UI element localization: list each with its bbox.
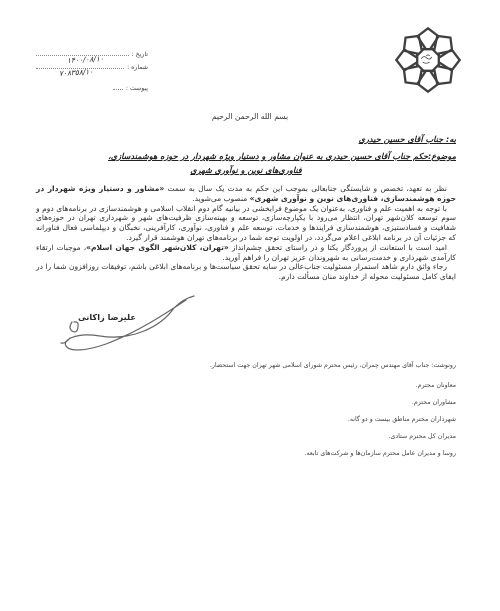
signatory-name: علیرضا زاکانی — [78, 312, 136, 322]
cc-block: رونوشت: جناب آقای مهندس چمران، رئیس محتر… — [36, 362, 456, 467]
paragraph-1: نظر به تعهد، تخصص و شایستگی جنابعالی بمو… — [36, 184, 456, 204]
attachment-label: پیوست : — [126, 85, 148, 93]
signature-scrawl-icon — [28, 294, 198, 364]
subject-line-2: فناوری‌های نوین و نوآوری شهری — [36, 165, 456, 175]
cc-line: رونوشت: جناب آقای مهندس چمران، رئیس محتر… — [36, 362, 456, 369]
paragraph-4: رجاء واثق دارم شاهد استمرار مسئولیت جناب… — [36, 262, 456, 282]
p1-text-end: منصوب می‌شوید. — [192, 194, 249, 203]
cc-line: مشاوران محترم. — [36, 399, 456, 406]
tehran-municipality-logo-icon — [392, 24, 464, 96]
number-row: شماره : ۷۰۸۳۵۸/۱۰ — [33, 59, 148, 72]
cc-line: روسا و مدیران عامل محترم سازمان‌ها و شرک… — [36, 450, 456, 457]
date-label: تاریخ : — [132, 51, 148, 59]
date-row: تاریخ : ۱۴۰۰/۰۸/۱۰ — [33, 46, 148, 59]
p3-bold-vision: «تهران، کلان‌شهر الگوی جهان اسلام» — [86, 243, 229, 252]
cc-line: معاونان محترم. — [36, 382, 456, 389]
addressee-line: به: جناب آقای حسین حیدری — [36, 134, 456, 144]
subject-line-1: موضوع:حکم جناب آقای حسین حیدری به عنوان … — [36, 151, 456, 161]
paragraph-2: با توجه به اهمیت علم و فناوری، به‌عنوان … — [36, 204, 456, 243]
letterhead-fields: تاریخ : ۱۴۰۰/۰۸/۱۰ شماره : ۷۰۸۳۵۸/۱۰ پیو… — [33, 46, 148, 93]
p3-text: امید است با استعانت از پروردگار یکتا و د… — [229, 243, 447, 252]
paragraph-3: امید است با استعانت از پروردگار یکتا و د… — [36, 243, 456, 263]
body-paragraphs: نظر به تعهد، تخصص و شایستگی جنابعالی بمو… — [36, 184, 456, 282]
bismillah: بسم الله الرحمن الرحیم — [0, 112, 500, 121]
cc-line: مدیران کل محترم ستادی. — [36, 433, 456, 440]
number-value-handwritten: ۷۰۸۳۵۸/۱۰ — [59, 67, 94, 78]
p1-text: نظر به تعهد، تخصص و شایستگی جنابعالی بمو… — [164, 184, 447, 193]
number-label: شماره : — [127, 64, 148, 72]
letter-page: { "page": {"bg": "#ffffff", "ink": "#2e2… — [0, 0, 500, 611]
dotted-leader — [113, 83, 123, 90]
signature-block: علیرضا زاکانی — [28, 294, 198, 364]
attachment-row: پیوست : — [33, 80, 148, 93]
letter-body: به: جناب آقای حسین حیدری موضوع:حکم جناب … — [36, 134, 456, 282]
cc-line: شهرداران محترم مناطق بیست و دو گانه. — [36, 416, 456, 423]
